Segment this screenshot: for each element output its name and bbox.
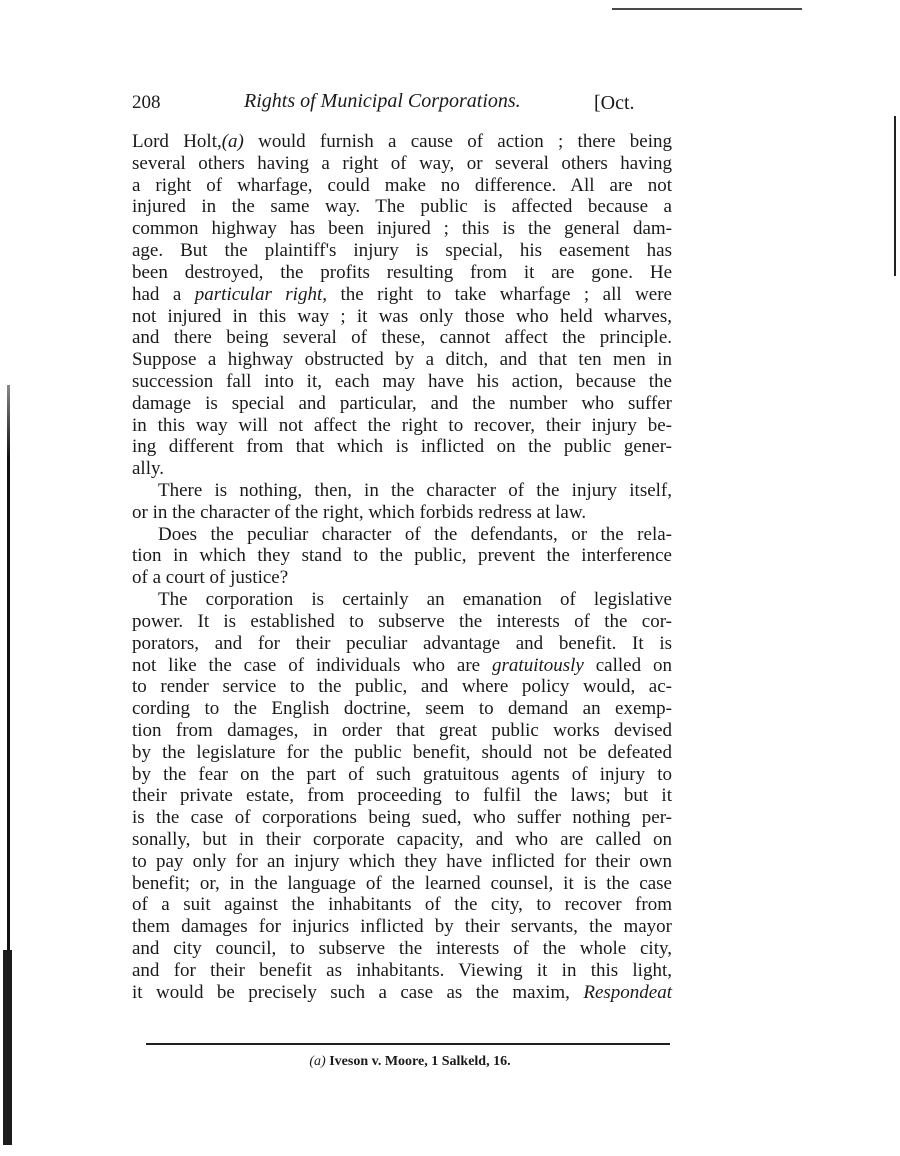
text-line: age. But the plaintiff's injury is speci… xyxy=(132,240,672,262)
text-line: sonally, but in their corporate capacity… xyxy=(132,829,672,851)
scan-right-edge-bar xyxy=(894,116,896,276)
text-line: it would be precisely such a case as the… xyxy=(132,982,672,1004)
text-line: been destroyed, the profits resulting fr… xyxy=(132,262,672,284)
footnote-reference: (a) xyxy=(222,131,244,152)
footnote-mark: (a) xyxy=(309,1054,325,1069)
footnote: (a) Iveson v. Moore, 1 Salkeld, 16. xyxy=(0,1054,820,1070)
text-line: to render service to the public, and whe… xyxy=(132,676,672,698)
emphasis: Respondeat xyxy=(583,982,672,1003)
text-line: by the fear on the part of such gratuito… xyxy=(132,764,672,786)
text-line: succession fall into it, each may have h… xyxy=(132,371,672,393)
emphasis: gratuitously xyxy=(492,655,584,676)
text-line: is the case of corporations being sued, … xyxy=(132,807,672,829)
text-line: of a suit against the inhabitants of the… xyxy=(132,894,672,916)
running-title: Rights of Municipal Corporations. xyxy=(244,90,521,113)
text-line: and there being several of these, cannot… xyxy=(132,327,672,349)
paragraph-start: The corporation is certainly an emanatio… xyxy=(132,589,672,611)
text-line: damage is special and particular, and th… xyxy=(132,393,672,415)
text-line: by the legislature for the public benefi… xyxy=(132,742,672,764)
text-line: not like the case of individuals who are… xyxy=(132,655,672,677)
text-line: and city council, to subserve the intere… xyxy=(132,938,672,960)
footnote-divider xyxy=(146,1043,670,1045)
text-line: power. It is established to subserve the… xyxy=(132,611,672,633)
text-line: cording to the English doctrine, seem to… xyxy=(132,698,672,720)
text-line: tion from damages, in order that great p… xyxy=(132,720,672,742)
running-date: [Oct. xyxy=(594,92,635,115)
text-line: them damages for injurics inflicted by t… xyxy=(132,916,672,938)
text-line: several others having a right of way, or… xyxy=(132,153,672,175)
body-text: Lord Holt,(a) would furnish a cause of a… xyxy=(132,131,672,1004)
text-line: their private estate, from proceeding to… xyxy=(132,785,672,807)
scan-top-rule xyxy=(612,8,802,10)
text-line: Lord Holt,(a) would furnish a cause of a… xyxy=(132,131,672,153)
text-line: of a court of justice? xyxy=(132,567,672,589)
scan-left-edge-shadow xyxy=(3,950,12,1145)
text-line: ally. xyxy=(132,458,672,480)
page-header: 208 Rights of Municipal Corporations. [O… xyxy=(132,90,672,120)
text-line: benefit; or, in the language of the lear… xyxy=(132,873,672,895)
text-line: in this way will not affect the right to… xyxy=(132,415,672,437)
text-line: not injured in this way ; it was only th… xyxy=(132,306,672,328)
page-number: 208 xyxy=(132,92,161,114)
paragraph-start: Does the peculiar character of the defen… xyxy=(132,524,672,546)
text-line: ing different from that which is inflict… xyxy=(132,436,672,458)
text-line: or in the character of the right, which … xyxy=(132,502,672,524)
paragraph-start: There is nothing, then, in the character… xyxy=(132,480,672,502)
text-line: had a particular right, the right to tak… xyxy=(132,284,672,306)
text-line: tion in which they stand to the public, … xyxy=(132,545,672,567)
text-line: injured in the same way. The public is a… xyxy=(132,196,672,218)
footnote-text: Iveson v. Moore, 1 Salkeld, 16. xyxy=(326,1054,511,1069)
text-line: porators, and for their peculiar advanta… xyxy=(132,633,672,655)
text-line: to pay only for an injury which they hav… xyxy=(132,851,672,873)
text-line: common highway has been injured ; this i… xyxy=(132,218,672,240)
text-line: a right of wharfage, could make no diffe… xyxy=(132,175,672,197)
text-line: Suppose a highway obstructed by a ditch,… xyxy=(132,349,672,371)
emphasis: particular right, xyxy=(195,284,327,305)
text-line: and for their benefit as inhabitants. Vi… xyxy=(132,960,672,982)
